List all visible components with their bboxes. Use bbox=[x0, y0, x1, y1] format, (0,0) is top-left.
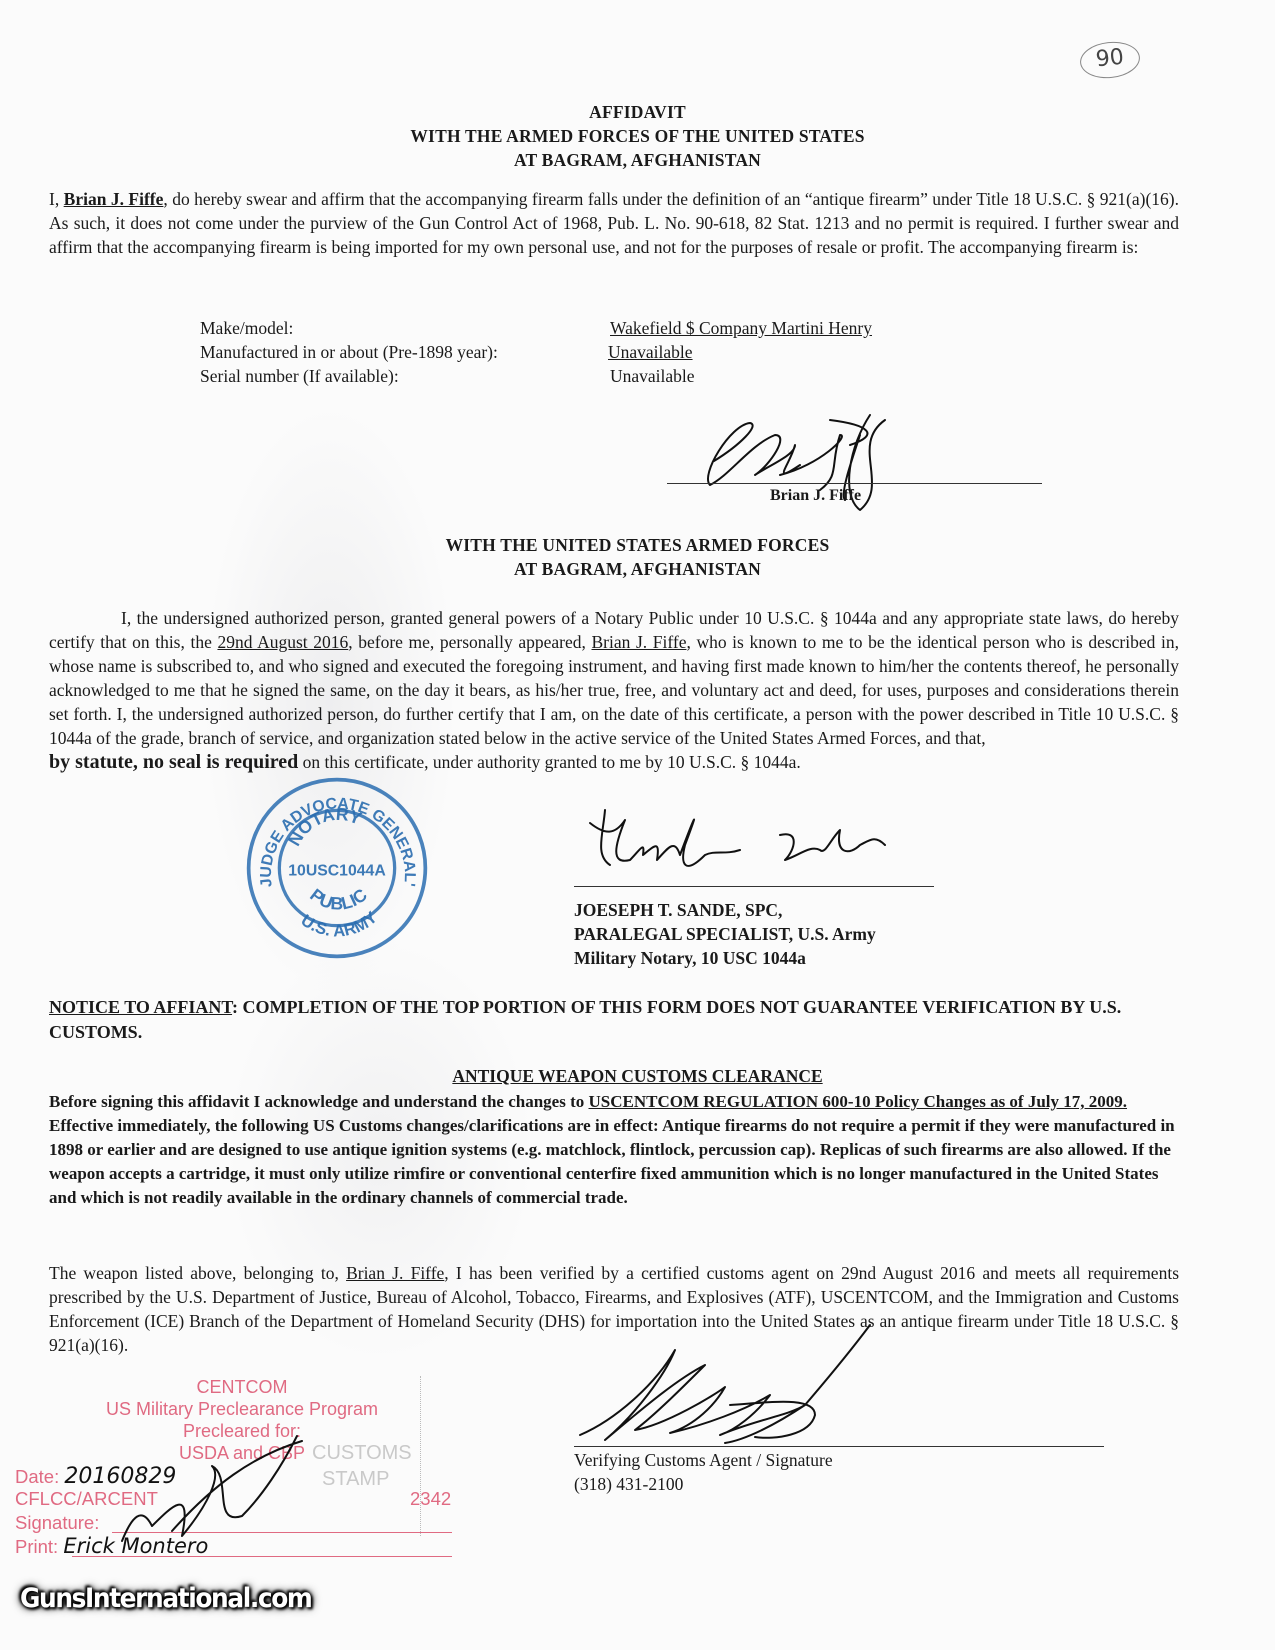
notary-title: WITH THE UNITED STATES ARMED FORCES AT B… bbox=[0, 533, 1275, 581]
svg-text:10USC1044A: 10USC1044A bbox=[288, 862, 385, 879]
verified-owner-name: Brian J. Fiffe bbox=[346, 1263, 444, 1283]
affiant-signature-line bbox=[667, 483, 1042, 484]
affiant-signature-name: Brian J. Fiffe bbox=[770, 487, 861, 505]
field-make-model: Make/model: Wakefield $ Company Martini … bbox=[200, 316, 872, 340]
stamp-signature bbox=[112, 1436, 312, 1556]
firearm-fields: Make/model: Wakefield $ Company Martini … bbox=[200, 316, 872, 388]
notice-to-affiant: NOTICE TO AFFIANT: COMPLETION OF THE TOP… bbox=[49, 995, 1179, 1045]
notary-appearing-name: Brian J. Fiffe bbox=[592, 632, 687, 652]
notary-date: 29nd August 2016 bbox=[217, 632, 348, 652]
field-serial: Serial number (If available): Unavailabl… bbox=[200, 364, 872, 388]
clearance-title: ANTIQUE WEAPON CUSTOMS CLEARANCE bbox=[0, 1066, 1275, 1087]
no-seal-statement: by statute, no seal is required bbox=[49, 751, 298, 773]
notary-certificate-text: I, the undersigned authorized person, gr… bbox=[49, 606, 1179, 774]
affidavit-title: AFFIDAVIT WITH THE ARMED FORCES OF THE U… bbox=[0, 100, 1275, 172]
notary-signature-line bbox=[574, 886, 934, 887]
title-line: AFFIDAVIT bbox=[0, 100, 1275, 124]
affidavit-intro: I, Brian J. Fiffe, do hereby swear and a… bbox=[49, 187, 1179, 259]
title-line: AT BAGRAM, AFGHANISTAN bbox=[0, 148, 1275, 172]
notary-signer-block: JOESEPH T. SANDE, SPC, PARALEGAL SPECIAL… bbox=[574, 898, 876, 970]
svg-text:PUBLIC: PUBLIC bbox=[306, 884, 371, 913]
customs-preclearance-stamp: CENTCOM US Military Preclearance Program… bbox=[12, 1376, 462, 1546]
field-manufactured: Manufactured in or about (Pre-1898 year)… bbox=[200, 340, 872, 364]
affiant-name: Brian J. Fiffe bbox=[64, 189, 164, 209]
customs-agent-block: Verifying Customs Agent / Signature (318… bbox=[574, 1448, 833, 1496]
affiant-signature bbox=[700, 415, 940, 525]
title-line: WITH THE ARMED FORCES OF THE UNITED STAT… bbox=[0, 124, 1275, 148]
customs-agent-signature-line bbox=[574, 1446, 1104, 1447]
watermark-logo: GunsInternational.com bbox=[20, 1583, 311, 1614]
stamp-number: 2342 bbox=[410, 1488, 451, 1510]
notary-signature bbox=[585, 805, 925, 885]
customs-agent-signature bbox=[575, 1325, 915, 1455]
notary-seal-stamp: JUDGE ADVOCATE GENERAL'S CORPS U.S. ARMY… bbox=[244, 775, 430, 961]
clearance-text: Before signing this affidavit I acknowle… bbox=[49, 1090, 1179, 1210]
regulation-reference: USCENTCOM REGULATION 600-10 Policy Chang… bbox=[589, 1092, 1128, 1111]
